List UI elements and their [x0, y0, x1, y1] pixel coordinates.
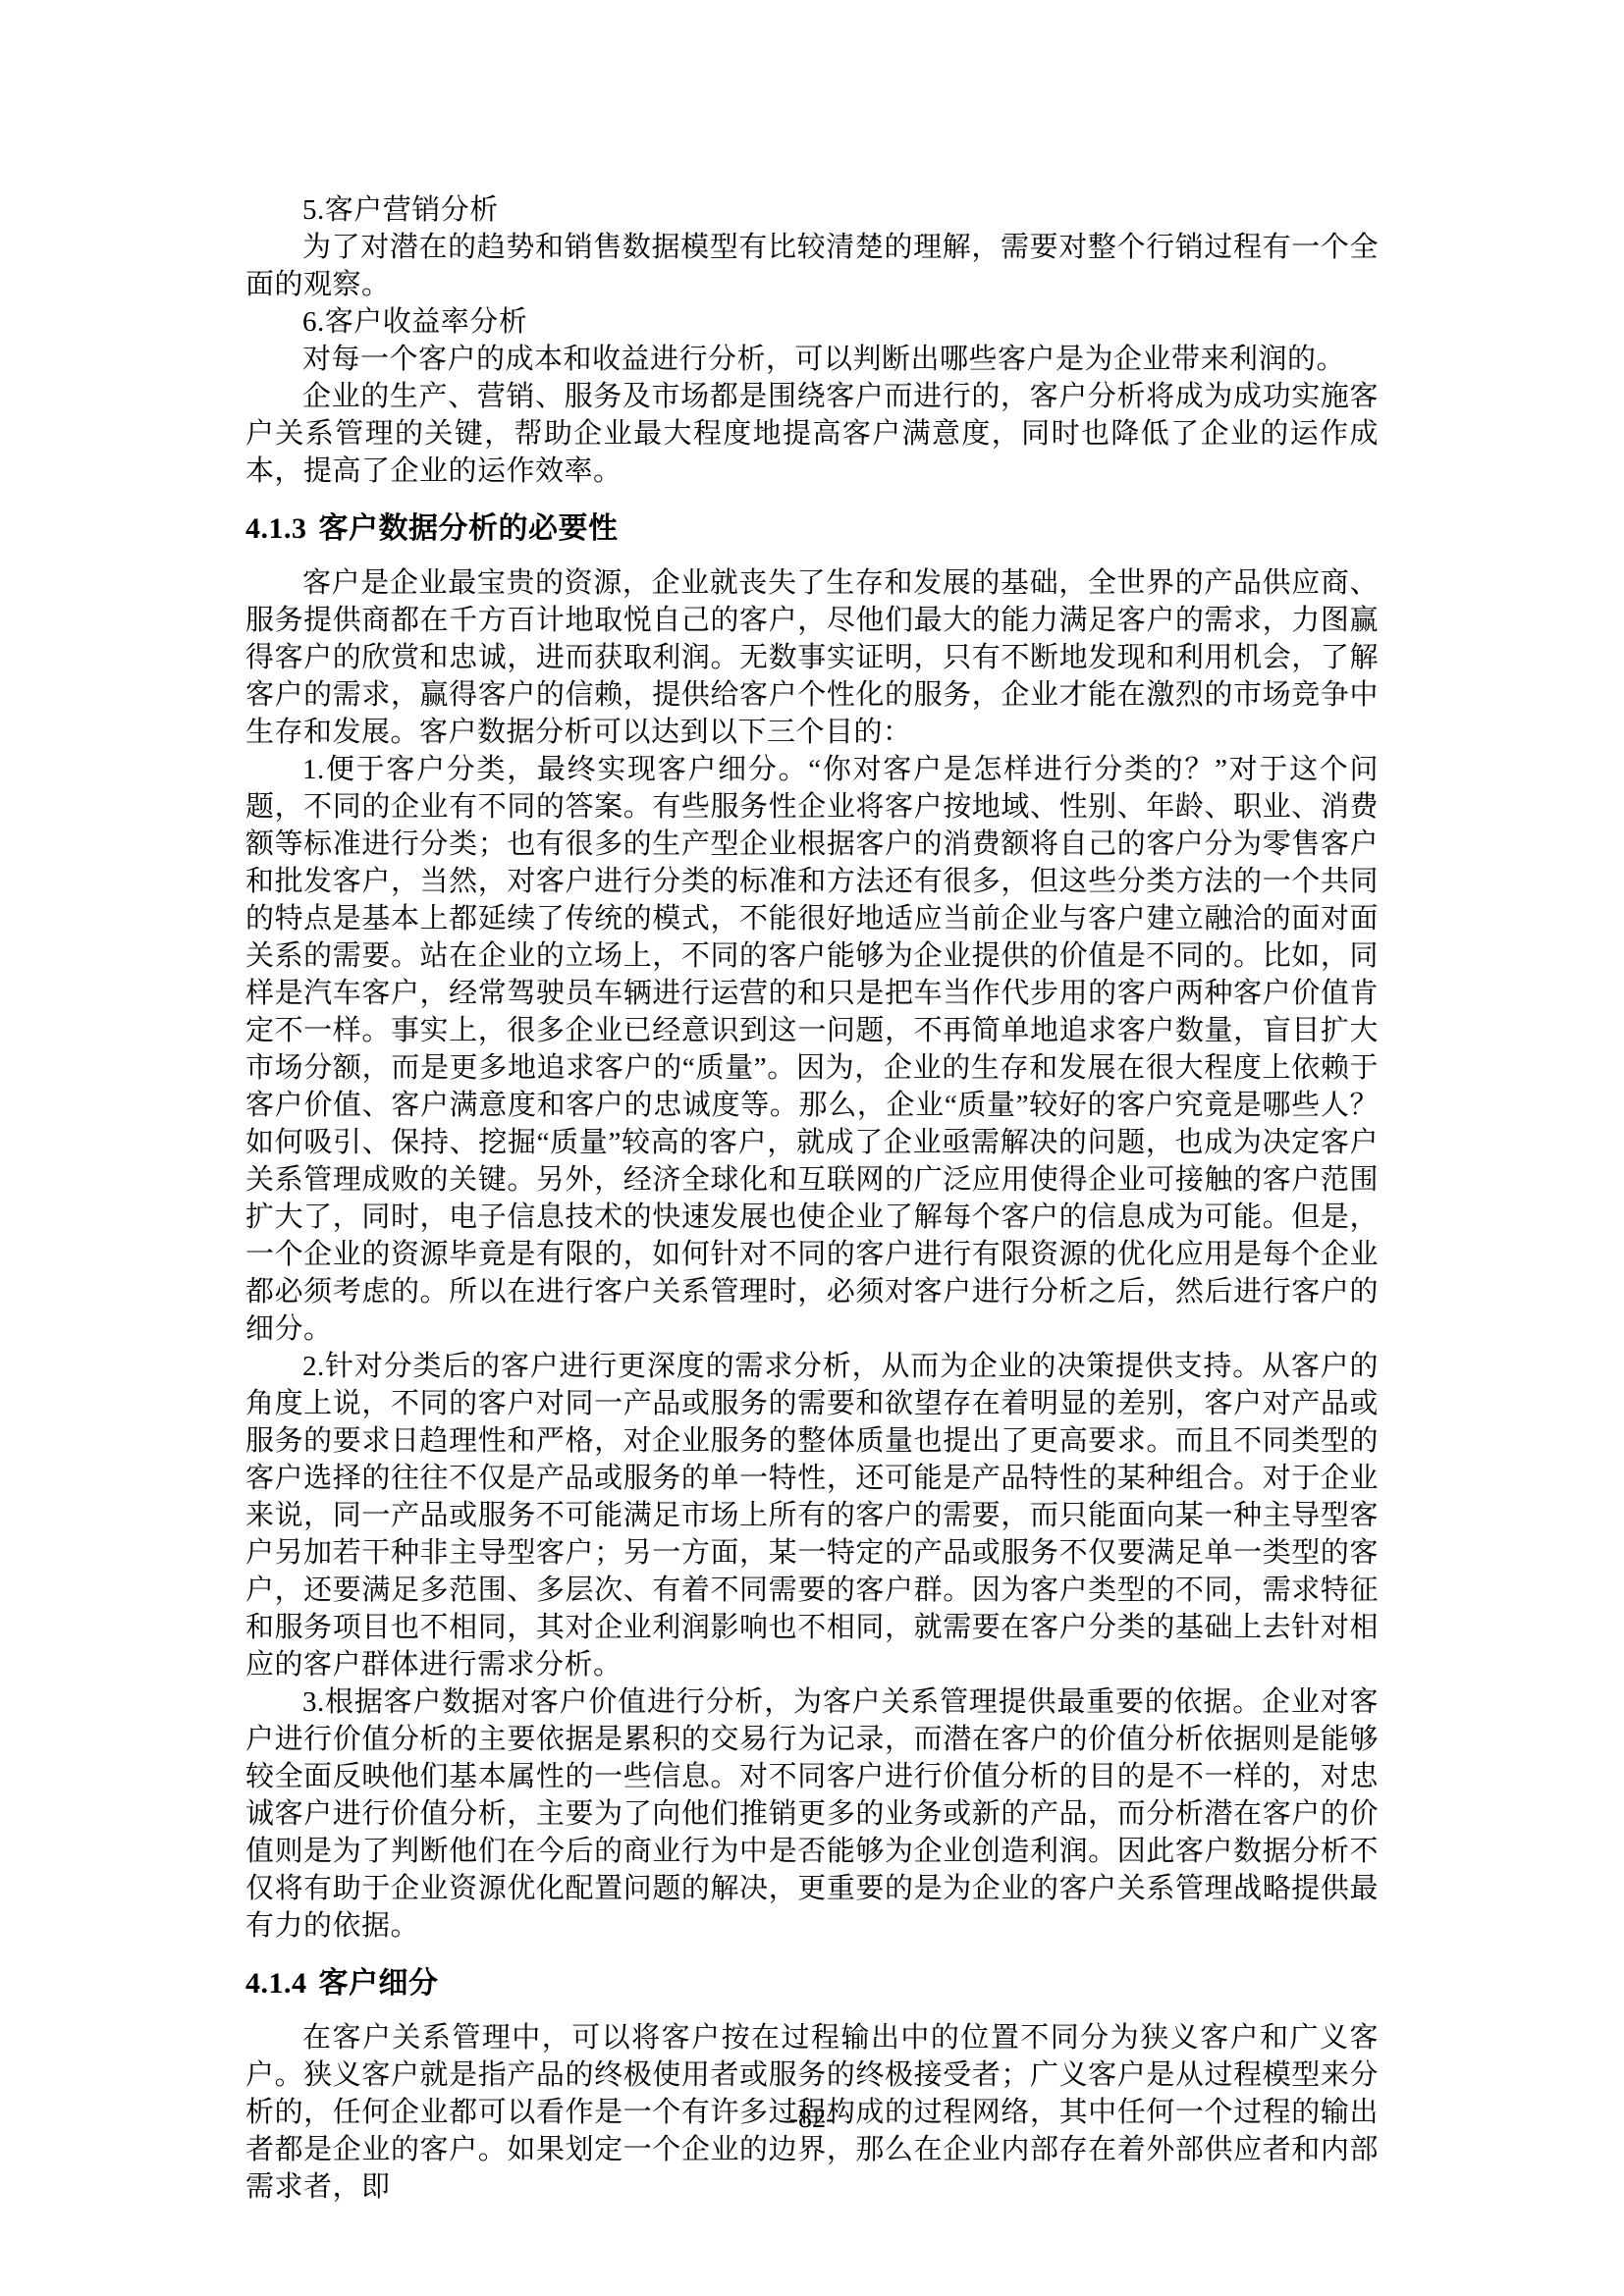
paragraph-purpose-1-customer-classification: 1.便于客户分类，最终实现客户细分。“你对客户是怎样进行分类的？”对于这个问题，… — [245, 751, 1379, 1348]
paragraph-enterprise-customer-centric: 企业的生产、营销、服务及市场都是围绕客户而进行的，客户分析将成为成功实施客户关系… — [245, 378, 1379, 490]
section-heading-4-1-4: 4.1.4客户细分 — [245, 1964, 1379, 2003]
paragraph-item-5-marketing-analysis: 5.客户营销分析 — [245, 191, 1379, 229]
page-body-text: 5.客户营销分析 为了对潜在的趋势和销售数据模型有比较清楚的理解，需要对整个行销… — [245, 191, 1379, 2206]
paragraph-customer-most-valuable-resource: 客户是企业最宝贵的资源，企业就丧失了生存和发展的基础，全世界的产品供应商、服务提… — [245, 564, 1379, 751]
section-number: 4.1.4 — [245, 1967, 307, 2000]
section-title: 客户细分 — [319, 1967, 439, 2000]
paragraph-marketing-analysis-body: 为了对潜在的趋势和销售数据模型有比较清楚的理解，需要对整个行销过程有一个全面的观… — [245, 229, 1379, 303]
document-page: 5.客户营销分析 为了对潜在的趋势和销售数据模型有比较清楚的理解，需要对整个行销… — [0, 0, 1624, 2296]
section-number: 4.1.3 — [245, 512, 307, 545]
paragraph-profitability-analysis-body: 对每一个客户的成本和收益进行分析，可以判断出哪些客户是为企业带来利润的。 — [245, 341, 1379, 378]
paragraph-purpose-2-demand-analysis: 2.针对分类后的客户进行更深度的需求分析，从而为企业的决策提供支持。从客户的角度… — [245, 1348, 1379, 1683]
section-title: 客户数据分析的必要性 — [319, 512, 619, 545]
paragraph-item-6-profitability-analysis: 6.客户收益率分析 — [245, 303, 1379, 341]
section-heading-4-1-3: 4.1.3客户数据分析的必要性 — [245, 509, 1379, 549]
paragraph-purpose-3-value-analysis: 3.根据客户数据对客户价值进行分析，为客户关系管理提供最重要的依据。企业对客户进… — [245, 1683, 1379, 1945]
page-number: -82- — [0, 2104, 1624, 2135]
